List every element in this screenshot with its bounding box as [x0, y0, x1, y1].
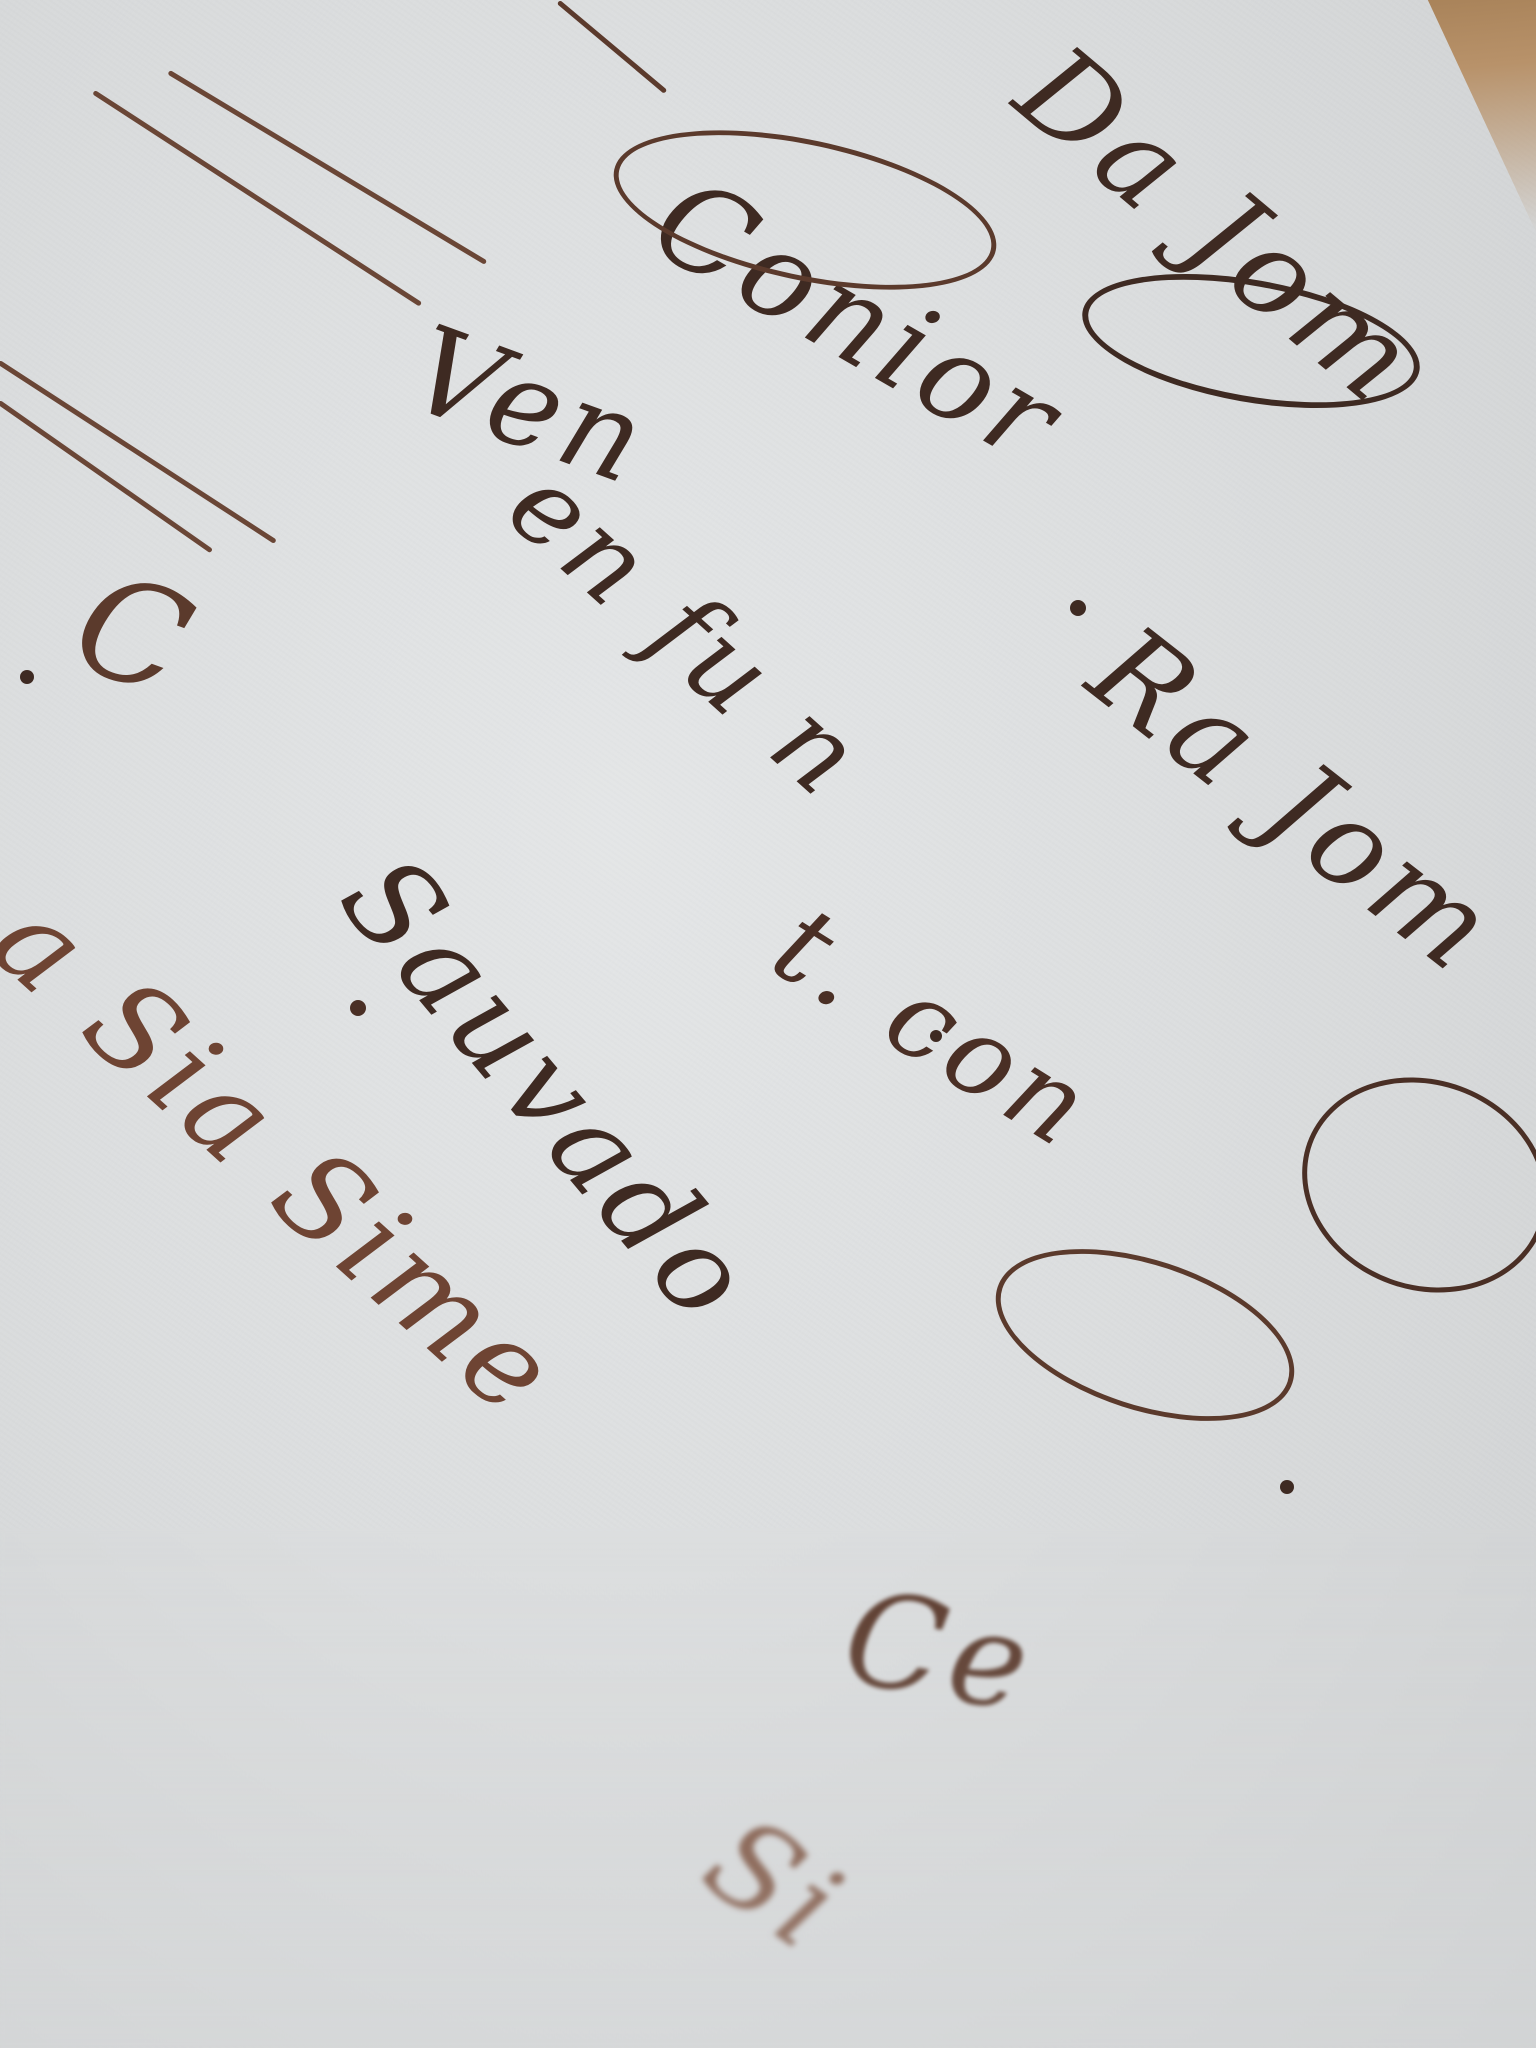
ink-dot	[1280, 1480, 1294, 1494]
ink-dot	[930, 1030, 942, 1042]
ink-stroke	[557, 0, 667, 94]
ink-loop	[974, 1216, 1315, 1454]
ink-dot	[1070, 600, 1086, 616]
manuscript-photo: Conior Ven en fu n t. con Sauvado Ra Jom…	[0, 0, 1536, 2048]
depth-of-field-blur	[0, 1528, 1536, 2048]
handwriting-line: Ra Jom	[1064, 600, 1522, 1001]
handwriting-line: C	[54, 540, 216, 732]
paper-edge	[1427, 0, 1536, 233]
ink-dot	[350, 1000, 366, 1016]
handwriting-line: t. con	[752, 880, 1116, 1173]
ink-loop	[1272, 1044, 1536, 1327]
handwriting-line: en fu n	[484, 440, 889, 823]
ink-stroke	[0, 360, 277, 544]
ink-dot	[20, 670, 34, 684]
handwriting-line: Ven	[392, 300, 667, 513]
